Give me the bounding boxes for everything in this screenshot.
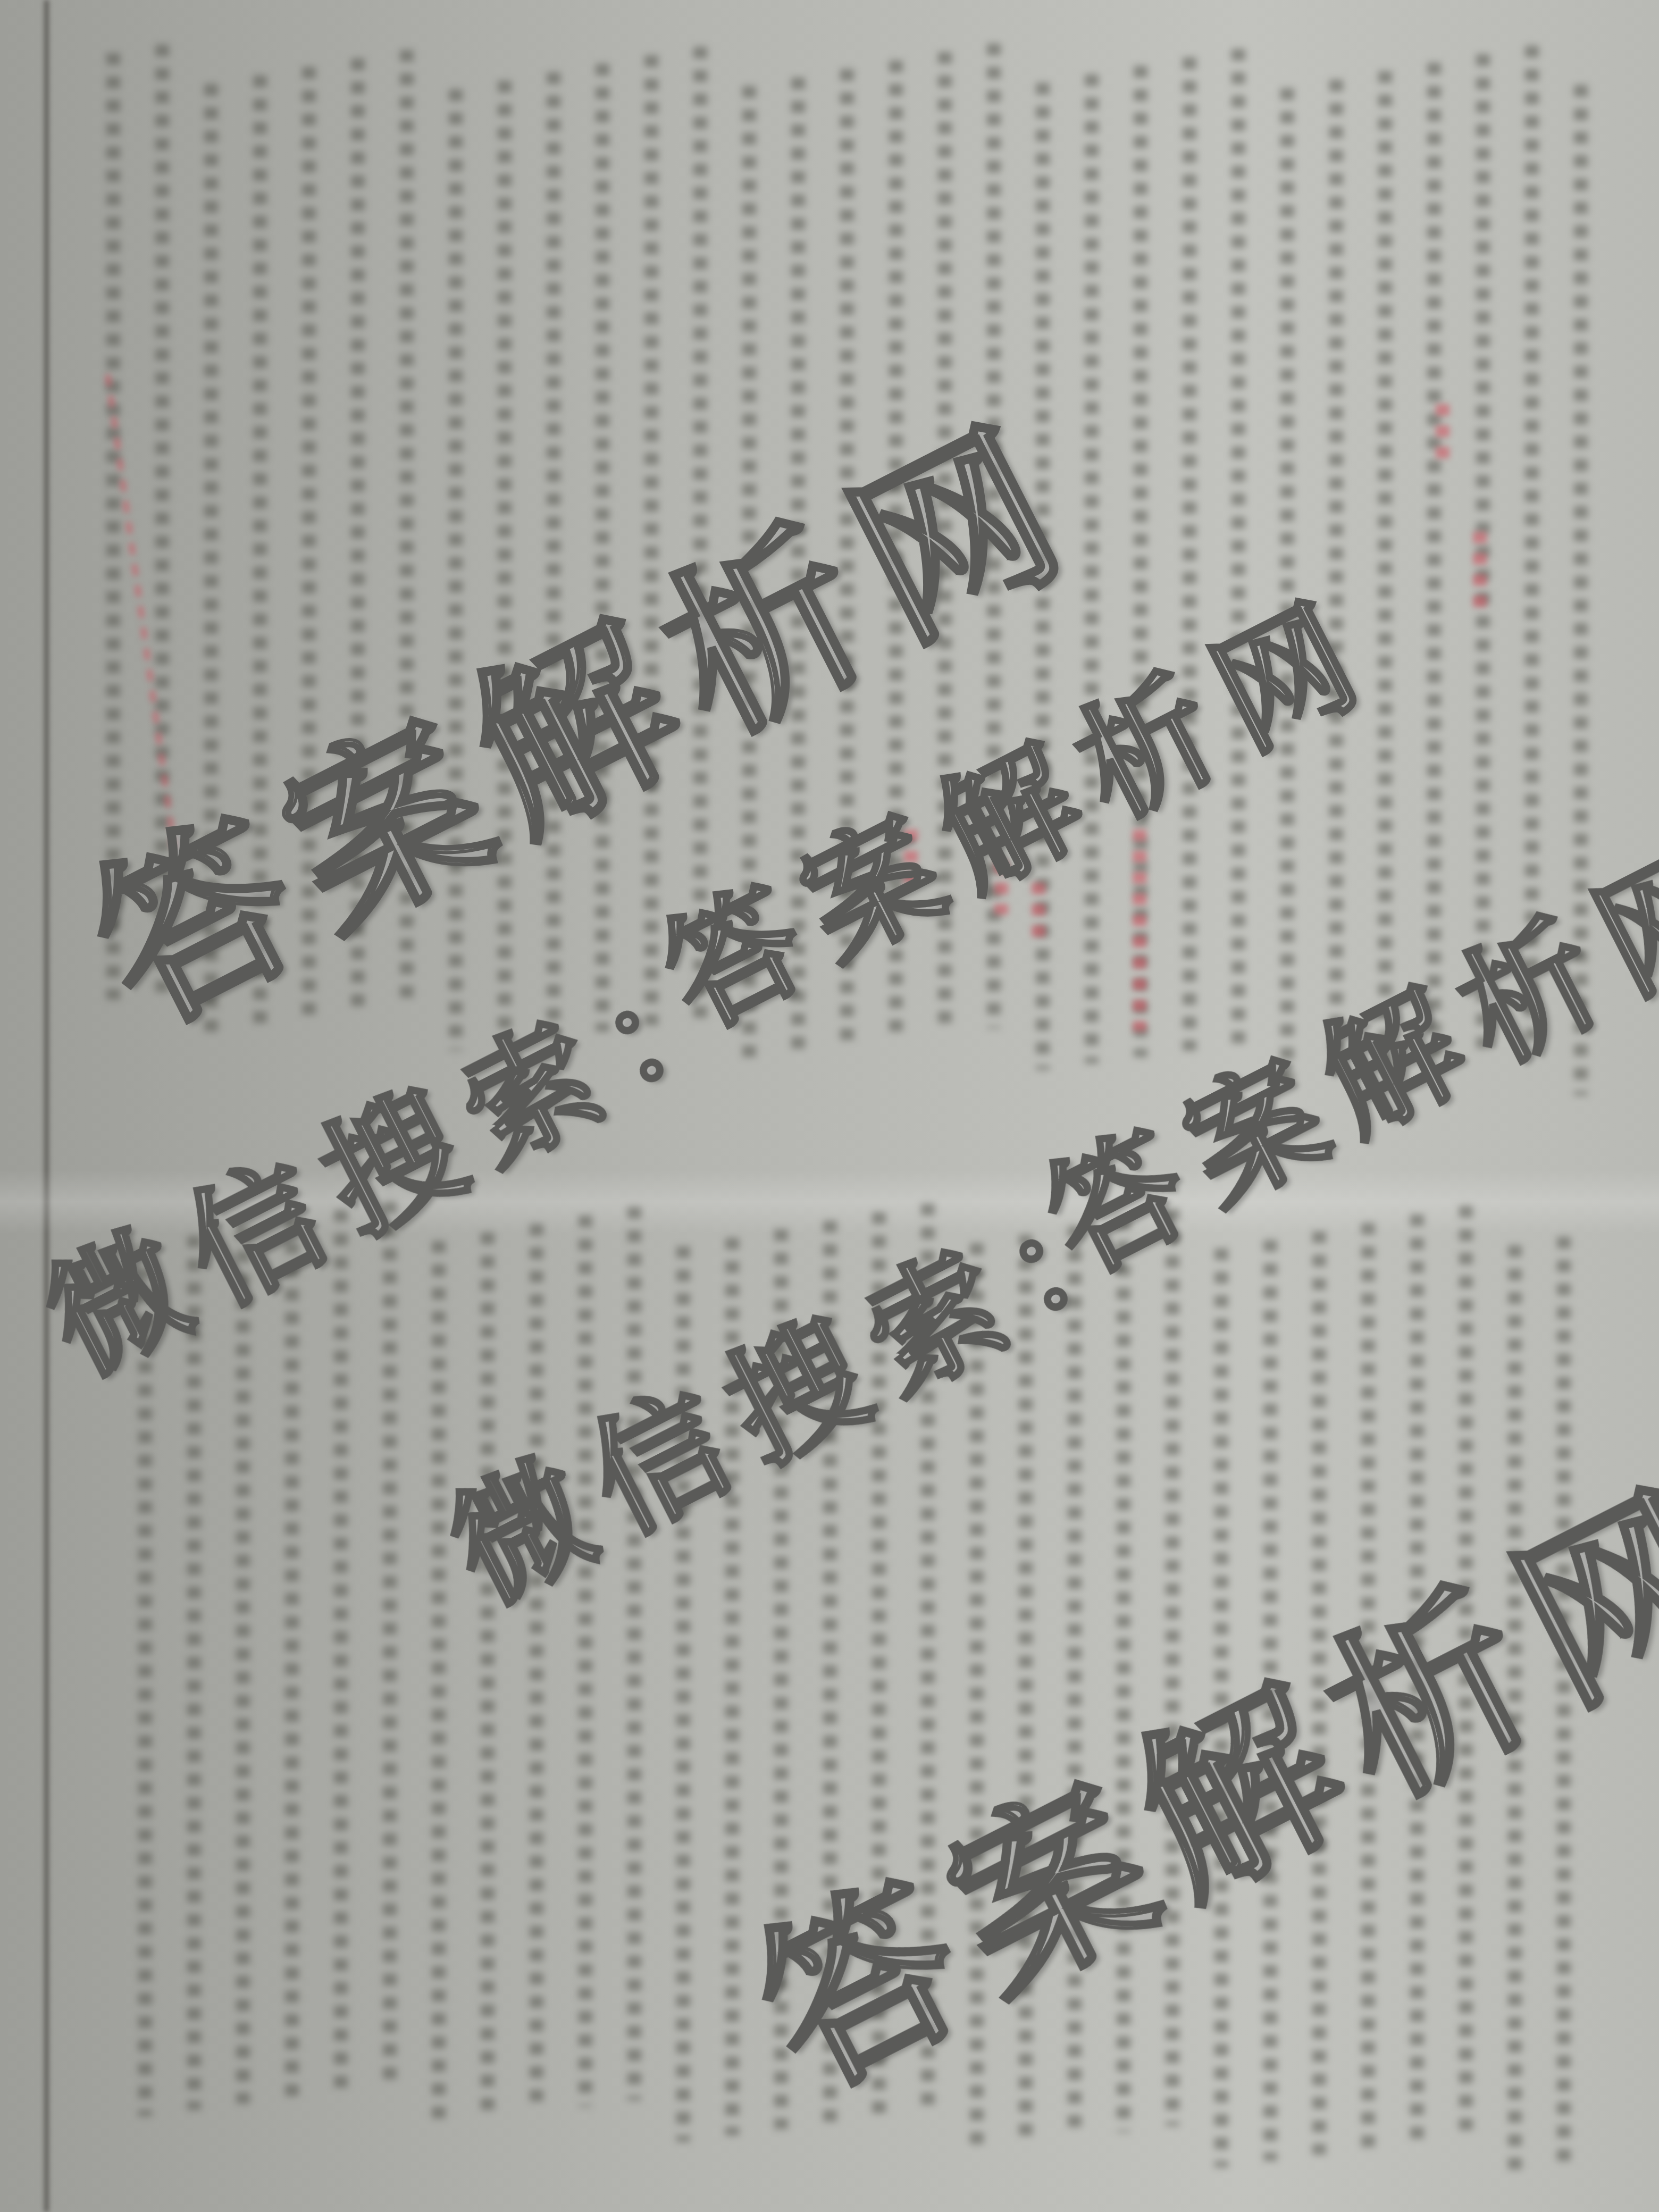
illegible-text-line [481,1233,495,2119]
photographed-page: 答案解析网 答案解析网 答案解析网 微信搜索： 微信搜索： 答案解析网 [0,0,1659,2212]
illegible-text-line [547,72,560,1038]
illegible-text-line [1378,71,1392,1073]
illegible-text-line [236,1227,250,2104]
illegible-text-line [1427,63,1441,1067]
illegible-text-line [187,1236,201,2110]
red-annotation [1436,404,1449,468]
illegible-text-line [627,1207,641,2100]
illegible-text-line [383,1202,397,2084]
illegible-text-line [285,1219,299,2097]
illegible-text-line [530,1224,543,2113]
illegible-text-line [1231,49,1245,1044]
illegible-text-line [1183,57,1196,1051]
illegible-text-line [579,1216,592,2107]
illegible-text-line [432,1241,446,2126]
red-annotation [1473,532,1487,611]
illegible-text-line [334,1210,348,2091]
illegible-text-line [1117,1218,1130,2132]
page-binding-edge [43,0,50,2212]
red-annotation [1133,829,1146,1032]
